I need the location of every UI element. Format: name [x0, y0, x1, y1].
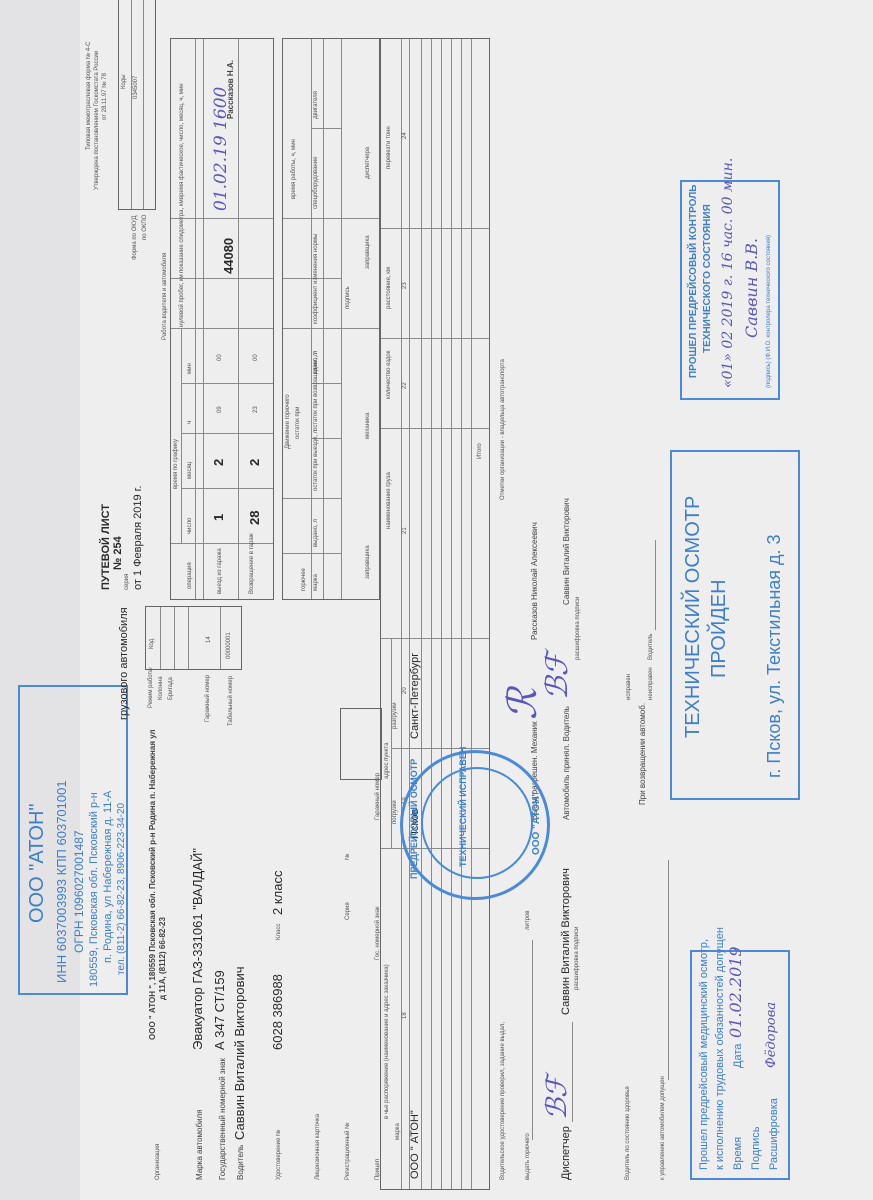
- driver-label: Водитель: [236, 1145, 245, 1180]
- row-operation-in: Возвращение в гараж: [249, 533, 255, 594]
- issue-fuel-label: выдать горючего: [525, 1133, 531, 1180]
- waybill-number: № 254: [112, 536, 124, 570]
- codes-box: Коды 0345007: [118, 0, 156, 210]
- organization-stamp: ООО "АТОН" ИНН 6037003993 КПП 603701001 …: [18, 685, 128, 995]
- driver-value: Саввин Виталий Викторович: [232, 966, 247, 1140]
- hdr-day: число: [187, 518, 193, 534]
- return-driver-label: Водитель: [648, 633, 654, 660]
- task-total-label: Итого: [477, 443, 483, 459]
- driver-decode-label: расшифровка подписи: [575, 597, 581, 660]
- round-inspection-stamp: ПРЕДРЕЙСОВЫЙ ОСМОТР ТЕХНИЧЕСКИЙ ИСПРАВЕН…: [400, 750, 550, 900]
- medical-time-label: Время: [732, 1137, 744, 1170]
- task-row-customer: ООО " АТОН": [409, 1110, 421, 1179]
- medical-line2: к исполнению трудовых обязанностей допущ…: [714, 927, 726, 1170]
- medical-date: 01.02.2019: [726, 946, 745, 1038]
- marks-label: Отметки организации - владельца автотран…: [500, 359, 506, 500]
- fuel-refueler-2: заправщика: [365, 235, 371, 269]
- dispatcher-label: Диспетчер: [560, 1126, 572, 1180]
- medical-decode-label: Расшифровка: [768, 1098, 780, 1170]
- row-month-in: 2: [247, 459, 262, 466]
- medical-check-stamp: Прошел предрейсовый медицинский осмотр, …: [690, 950, 790, 1180]
- org-stamp-phone: тел. (811-2) 66-82-23, 8906-223-34-20: [116, 803, 127, 975]
- task-col-22: 22: [402, 382, 408, 389]
- medical-sign-label: Подпись: [750, 1126, 762, 1170]
- scan-edge: [0, 0, 80, 1200]
- tech-control-caption: (подпись) (Ф.И.О. контролера техническог…: [766, 235, 772, 388]
- org-stamp-name: ООО "АТОН": [26, 803, 49, 923]
- work-time-label: время работы, ч, мин: [291, 139, 297, 199]
- waybill-title: ПУТЕВОЙ ЛИСТ: [100, 504, 112, 590]
- tech-control-stamp: ПРОШЕЛ ПРЕДРЕЙСОВЫЙ КОНТРОЛЬ ТЕХНИЧЕСКОГ…: [680, 180, 780, 400]
- fuel-title: Движение горючего: [285, 394, 291, 449]
- fuel-remain-label: остаток при: [295, 407, 301, 439]
- column-label: Колонна: [158, 676, 164, 700]
- vehicle-brand: Эвакуатор ГАЗ-331061 "ВАЛДАЙ": [190, 848, 205, 1050]
- row-day-in: 28: [247, 511, 262, 525]
- vehicle-brand-label: Марка автомобиля: [195, 1109, 204, 1180]
- org-stamp-inn: ИНН 6037003993 КПП 603701001: [54, 780, 69, 983]
- tab-no-value: 00000001: [226, 632, 232, 659]
- plate-label: Государственный номерной знак: [218, 1058, 227, 1180]
- class-value: 2 класс: [270, 871, 285, 916]
- task-col-23: 23: [402, 282, 408, 289]
- car-accepted-label: Автомобиль принял. Водитель: [562, 706, 571, 820]
- fuel-hdr-remain-out: остаток при выезде, л: [313, 430, 319, 491]
- okud-label: Форма по ОКУД: [132, 216, 138, 260]
- trailer-garage-box: [340, 708, 382, 780]
- hdr-operation: операция: [187, 562, 193, 589]
- row-month-out: 2: [211, 459, 226, 466]
- fuel-hdr-handed: сдано, л: [313, 351, 319, 374]
- organization-value: ООО " АТОН ", 180559 Псковская обл. Пско…: [148, 729, 157, 1040]
- tech-inspection-address: г. Псков, ул. Текстильная д. 3: [764, 534, 785, 778]
- fuel-hdr-brand: марка: [313, 574, 319, 591]
- round-stamp-inner-text: ТЕХНИЧЕСКИЙ ИСПРАВЕН: [458, 747, 468, 867]
- hdr-month: месяц: [187, 462, 193, 479]
- hdr-min: мин: [187, 363, 193, 374]
- round-stamp-bottom-text: ООО "АТОН": [531, 792, 542, 855]
- task-row-to: Санкт-Петербург: [409, 653, 421, 739]
- form-type: грузового автомобиля: [118, 607, 130, 720]
- fuel-hdr-coef: коэффициент изменения нормы: [313, 234, 319, 324]
- medical-name: Фёдорова: [764, 1002, 779, 1068]
- hdr-odometer: показание спидометра, км: [179, 199, 185, 273]
- tech-control-date: «01» 02 2019 г. 16 час. 00 мин.: [720, 158, 736, 388]
- driver-work-title: Работа водителя и автомобиля: [162, 253, 168, 340]
- task-table: в чье распоряжение (наименование и адрес…: [380, 38, 490, 1190]
- round-stamp-outer-text: ПРЕДРЕЙСОВЫЙ ОСМОТР: [409, 759, 419, 879]
- codes-label: Коды: [121, 74, 127, 89]
- task-hdr-unloading: разгрузки: [392, 702, 398, 729]
- organization-label: Организация: [155, 1144, 161, 1180]
- no-label: №: [345, 854, 351, 860]
- fuel-signature-label: подпись: [345, 286, 351, 309]
- admitted-label: к управлению автомобилем допущен: [660, 1076, 666, 1180]
- tech-control-line2: ТЕХНИЧЕСКОГО СОСТОЯНИЯ: [702, 204, 713, 353]
- accepting-driver-name: Саввин Виталий Викторович: [562, 498, 571, 605]
- waybill-sheet: ООО "АТОН" ИНН 6037003993 КПП 603701001 …: [0, 0, 873, 1200]
- approval-note3: от 28.11.97 № 78: [102, 73, 108, 120]
- return-label: При возвращении автомоб.: [638, 703, 647, 805]
- mode-label: Режим работы: [148, 667, 154, 708]
- fuel-table: Движение горючего остаток при время рабо…: [282, 38, 380, 600]
- task-hdr-cargo: наименование груза: [386, 472, 392, 529]
- license-value: 6028 386988: [270, 974, 285, 1050]
- waybill-date: от 1 Февраля 2019 г.: [132, 486, 144, 590]
- fuel-hdr-issued: выдано, л: [313, 519, 319, 547]
- medical-line1: Прошел предрейсовый медицинский осмотр,: [698, 939, 710, 1170]
- row-day-out: 1: [211, 514, 226, 521]
- garage-no-label: Гаражный номер: [205, 675, 211, 722]
- dispatcher-decode-label: расшифровка подписи: [574, 927, 580, 990]
- hdr-actual-time: время фактическое, число, месяц, ч, мин: [179, 83, 185, 199]
- garage-no-value: 14: [206, 636, 212, 643]
- org-stamp-address1: 180559, Псковская обл. Псковский р-н: [88, 792, 100, 987]
- okpo-label: по ОКПО: [142, 215, 148, 240]
- tech-inspection-line2: ПРОЙДЕН: [708, 579, 731, 678]
- code-label: Код: [149, 639, 155, 649]
- hdr-zero-run: нулевой пробег, км: [179, 274, 185, 327]
- series-label-2: Серия: [345, 902, 351, 920]
- task-col-20: 20: [402, 687, 408, 694]
- task-hdr-address: адрес пункта: [384, 743, 390, 779]
- dispatcher-name: Саввин Виталий Викторович: [560, 868, 572, 1015]
- org-stamp-ogrn: ОГРН 1096027001487: [72, 830, 86, 953]
- approval-note2: Утверждена постановлением Госкомстата Ро…: [94, 51, 100, 190]
- class-label: Класс: [276, 924, 282, 940]
- okud-code: 0345007: [133, 76, 139, 99]
- org-stamp-address2: п. Родина, ул Набережная д. 11-А: [102, 791, 114, 963]
- organization-value2: д 11А, (8112) 66-82-23: [158, 917, 167, 1000]
- row-hour-out: 09: [217, 406, 223, 413]
- fuel-mechanic: механика: [365, 413, 371, 439]
- return-faulty: неисправен: [648, 667, 654, 700]
- tech-control-line1: ПРОШЕЛ ПРЕДРЕЙСОВЫЙ КОНТРОЛЬ: [688, 185, 699, 378]
- tech-inspection-line1: ТЕХНИЧЕСКИЙ ОСМОТР: [682, 496, 705, 738]
- driver-work-table: время по графику операция число месяц ч …: [170, 38, 274, 600]
- liters-label: литров: [525, 911, 531, 930]
- row-odometer-out: 44080: [221, 238, 236, 274]
- series-label: серия: [124, 574, 130, 590]
- row-signature-out: Рассказов Н.А.: [226, 60, 235, 119]
- fuel-label: горючее: [301, 568, 307, 591]
- tech-inspection-stamp: ТЕХНИЧЕСКИЙ ОСМОТР ПРОЙДЕН г. Псков, ул.…: [670, 450, 800, 800]
- task-hdr-loading: погрузки: [392, 800, 398, 824]
- license-label: Удостоверение №: [276, 1130, 282, 1180]
- row-operation-out: выезд из гаража: [217, 548, 223, 594]
- fuel-dispatcher: диспетчера: [365, 147, 371, 179]
- reg-label: Регистрационный №: [345, 1122, 351, 1180]
- tech-control-signature: Саввин В.В.: [742, 238, 761, 338]
- return-working: исправен: [626, 674, 632, 700]
- tab-no-label: Табельный номер: [228, 676, 234, 726]
- fuel-hdr-special: спецоборудование: [313, 157, 319, 209]
- plate-value: А 347 СТ/159: [212, 970, 227, 1050]
- row-hour-in: 23: [253, 406, 259, 413]
- task-col-21: 21: [402, 527, 408, 534]
- license-card-label: Лицензионная карточка: [315, 1114, 321, 1180]
- medical-date-label: Дата: [732, 1044, 744, 1068]
- hdr-hour: ч: [187, 421, 193, 424]
- dispatcher-signature: ℬℱ: [540, 1076, 573, 1120]
- task-hdr-tons: перевезти тонн: [386, 126, 392, 169]
- health-label: Водитель по состоянию здоровья: [625, 1086, 631, 1180]
- fuel-refueler: заправщика: [365, 545, 371, 579]
- fuel-hdr-engine: двигателя: [313, 91, 319, 119]
- work-mode-box: Код 14 00000001: [145, 606, 242, 670]
- mechanic-name: Рассказов Николай Алексеевич: [530, 522, 539, 640]
- schedule-label: время по графику: [173, 439, 179, 489]
- driver-signature: ℬℱ: [540, 653, 575, 700]
- task-hdr-distance: расстояние, км: [386, 267, 392, 309]
- task-hdr-trips: количество ездок: [386, 351, 392, 399]
- row-min-out: 00: [217, 354, 223, 361]
- task-hdr-customer: в чье распоряжение (наименование и адрес…: [384, 964, 390, 1119]
- brigade-label: Бригада: [168, 677, 174, 700]
- row-min-in: 00: [253, 354, 259, 361]
- approval-note: Типовая межотраслевая форма № 4-С: [86, 42, 92, 150]
- license-check-text: Водительское удостоверение проверил, зад…: [500, 1022, 506, 1180]
- task-col-18: 18: [402, 1012, 408, 1019]
- task-col-24: 24: [402, 132, 408, 139]
